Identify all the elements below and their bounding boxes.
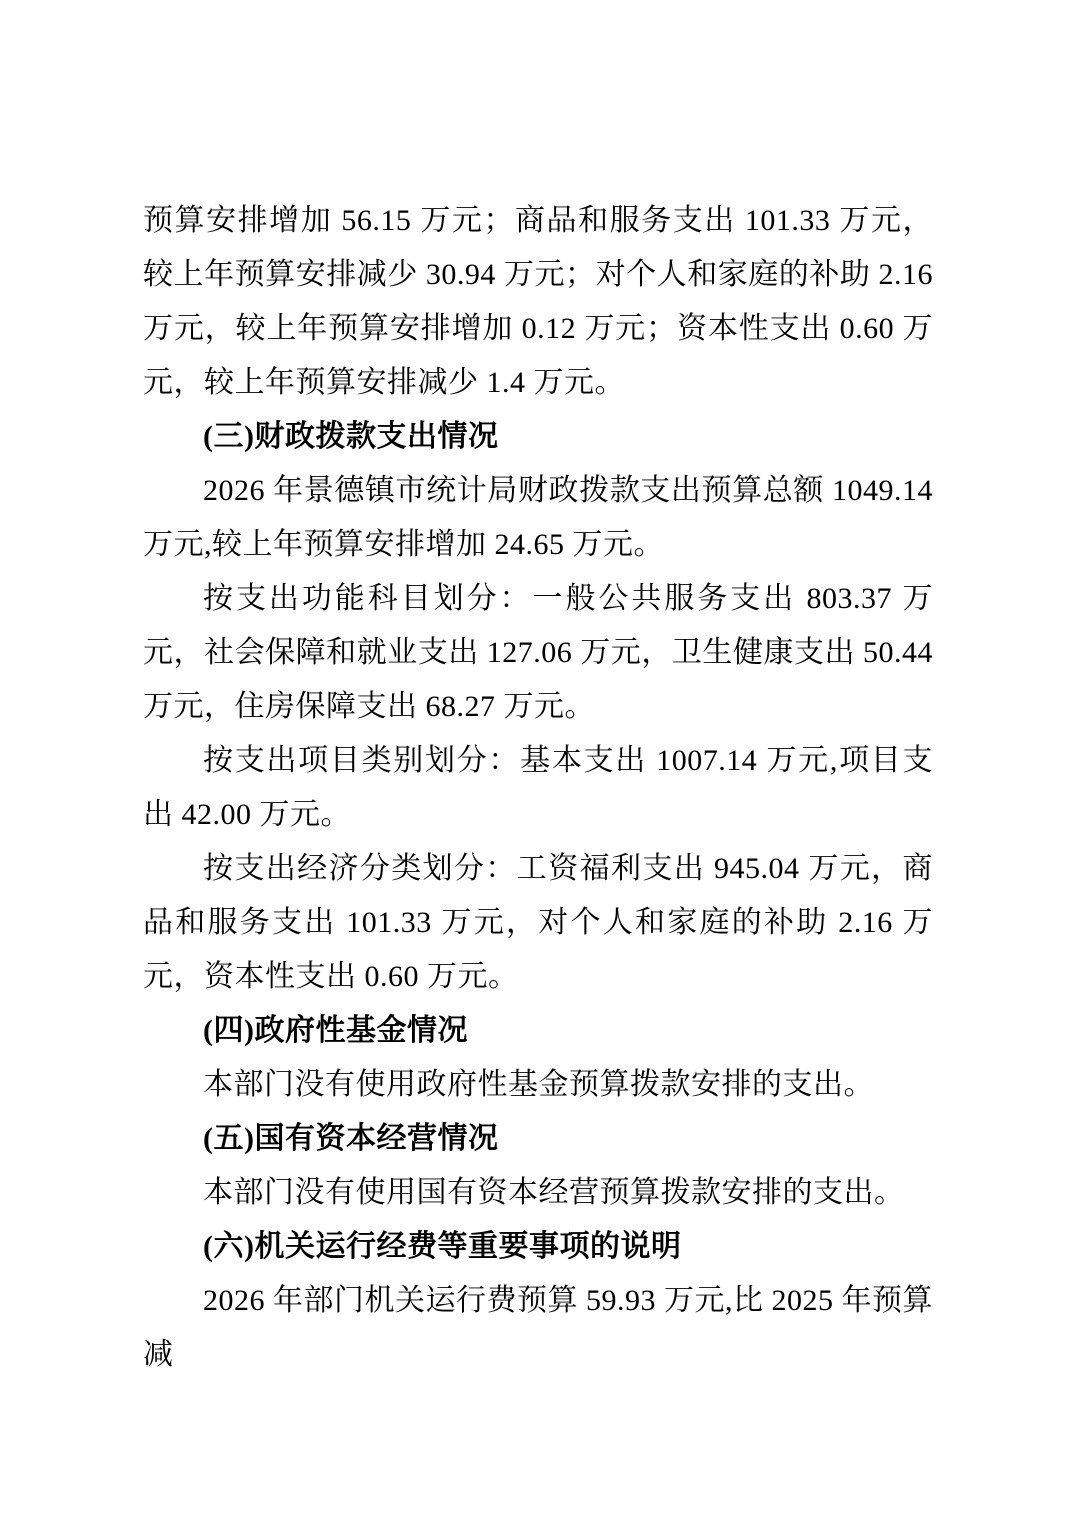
paragraph-total-appropriation-budget: 2026 年景德镇市统计局财政拨款支出预算总额 1049.14 万元,较上年预算… (143, 464, 933, 572)
heading-section-5-state-capital-operation: (五)国有资本经营情况 (143, 1112, 933, 1166)
paragraph-by-functional-category: 按支出功能科目划分：一般公共服务支出 803.37 万元，社会保障和就业支出 1… (143, 572, 933, 734)
paragraph-by-economic-classification: 按支出经济分类划分：工资福利支出 945.04 万元，商品和服务支出 101.3… (143, 842, 933, 1004)
document-text-block: 预算安排增加 56.15 万元；商品和服务支出 101.33 万元，较上年预算安… (143, 194, 933, 1382)
heading-section-3-fiscal-appropriation-expenditure: (三)财政拨款支出情况 (143, 410, 933, 464)
paragraph-by-project-category: 按支出项目类别划分：基本支出 1007.14 万元,项目支出 42.00 万元。 (143, 734, 933, 842)
heading-section-6-operating-expenses-notes: (六)机关运行经费等重要事项的说明 (143, 1220, 933, 1274)
heading-section-4-government-funds: (四)政府性基金情况 (143, 1004, 933, 1058)
paragraph-no-government-fund-expenditure: 本部门没有使用政府性基金预算拨款安排的支出。 (143, 1058, 933, 1112)
paragraph-expenditure-changes: 预算安排增加 56.15 万元；商品和服务支出 101.33 万元，较上年预算安… (143, 194, 933, 410)
paragraph-no-state-capital-expenditure: 本部门没有使用国有资本经营预算拨款安排的支出。 (143, 1166, 933, 1220)
paragraph-operating-expense-budget: 2026 年部门机关运行费预算 59.93 万元,比 2025 年预算减 (143, 1274, 933, 1382)
document-page: 预算安排增加 56.15 万元；商品和服务支出 101.33 万元，较上年预算安… (0, 0, 1074, 1520)
